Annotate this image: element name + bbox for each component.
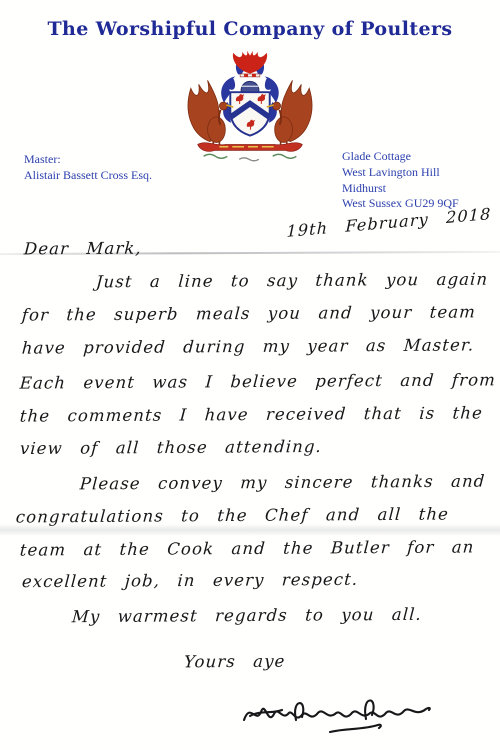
signature (238, 686, 438, 742)
master-label: Master: (24, 152, 152, 168)
scanned-letter-page: The Worshipful Company of Poulters (0, 0, 500, 750)
handwriting-line: for the superb meals you and your team (21, 302, 476, 324)
address-line: West Lavington Hill (342, 165, 459, 181)
organization-title: The Worshipful Company of Poulters (0, 18, 500, 40)
ground-ornament (204, 154, 297, 160)
handwriting-line: team at the Cook and the Butler for an (19, 537, 475, 559)
handwriting-line: view of all those attending. (19, 437, 322, 458)
address-block: Glade Cottage West Lavington Hill Midhur… (342, 149, 459, 212)
handwriting-line: Just a line to say thank you again (95, 270, 489, 292)
closing: Yours aye (183, 652, 286, 672)
master-name: Alistair Bassett Cross Esq. (24, 168, 152, 184)
address-line: Glade Cottage (342, 149, 459, 165)
address-line: Midhurst (342, 181, 459, 197)
handwriting-line: the comments I have received that is the (19, 403, 483, 425)
handwriting-line: My warmest regards to you all. (71, 605, 422, 626)
handwriting-line: Each event was I believe perfect and fro… (19, 370, 496, 392)
torse (240, 74, 260, 77)
handwriting-line: have provided during my year as Master. (21, 335, 475, 357)
handwriting-line: excellent job, in every respect. (21, 570, 359, 591)
poulters-coat-of-arms-icon (176, 50, 324, 162)
shield (230, 92, 269, 135)
handwriting-line: congratulations to the Chef and all the (15, 504, 449, 526)
master-block: Master: Alistair Bassett Cross Esq. (24, 152, 152, 184)
salutation: Dear Mark, (23, 239, 142, 259)
motto-scroll (198, 143, 303, 152)
handwriting-line: Please convey my sincere thanks and (79, 472, 486, 494)
